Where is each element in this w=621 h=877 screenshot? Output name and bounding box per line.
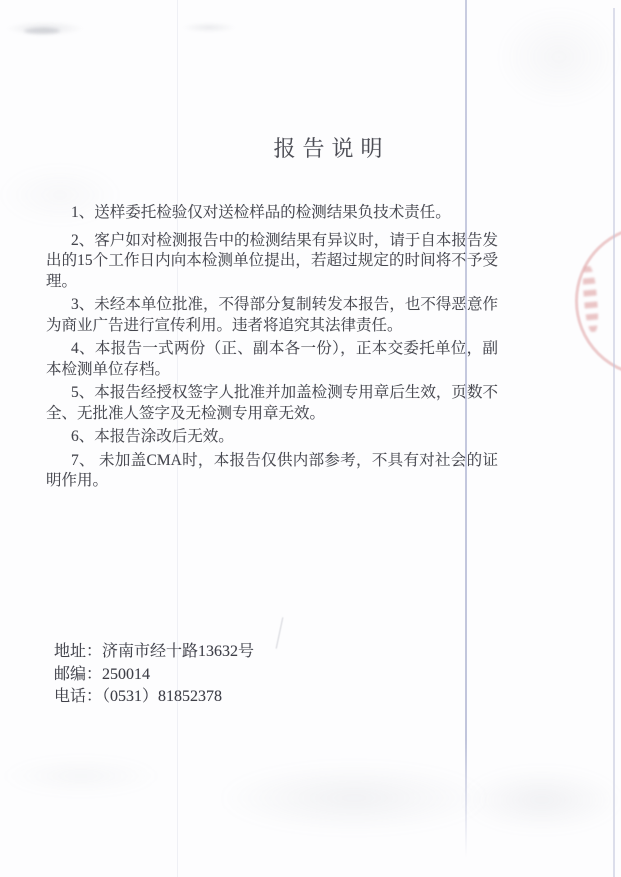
paper-edge-line [613, 8, 615, 877]
scanned-report-page: 报告说明 1、送样委托检验仅对送检样品的检测结果负技术责任。 2、客户如对检测报… [0, 0, 621, 877]
report-note-6: 6、本报告涂改后无效。 [46, 427, 498, 448]
report-note-2: 2、客户如对检测报告中的检测结果有异议时，请于自本报告发出的15个工作日内向本检… [46, 231, 498, 293]
address-value: 济南市经十路13632号 [102, 643, 254, 660]
postal-label: 邮编： [54, 666, 102, 683]
contact-postal: 邮编：250014 [54, 664, 254, 687]
address-label: 地址： [54, 643, 102, 660]
scan-shadow [6, 758, 156, 794]
postal-value: 250014 [102, 666, 150, 683]
scan-shadow [225, 765, 483, 831]
scan-shadow [498, 8, 620, 106]
report-notes: 1、送样委托检验仅对送检样品的检测结果负技术责任。 2、客户如对检测报告中的检测… [46, 203, 498, 495]
scan-fold-line [465, 0, 467, 858]
phone-value: （0531）81852378 [102, 688, 222, 705]
report-note-7: 7、 未加盖CMA时，本报告仅供内部参考，不具有对社会的证明作用。 [46, 451, 498, 492]
report-note-3: 3、未经本单位批准，不得部分复制转发本报告，也不得恶意作为商业广告进行宣传利用。… [46, 295, 498, 336]
contact-phone: 电话：（0531）81852378 [54, 686, 254, 709]
report-note-4: 4、本报告一式两份（正、副本各一份），正本交委托单位，副本检测单位存档。 [46, 339, 498, 380]
scan-shadow [0, 165, 120, 225]
phone-label: 电话： [54, 688, 102, 705]
scan-scratch-mark [276, 617, 284, 649]
contact-block: 地址：济南市经十路13632号 邮编：250014 电话：（0531）81852… [54, 641, 254, 709]
report-note-5: 5、本报告经授权签字人批准并加盖检测专用章后生效，页数不全、无批准人签字及无检测… [46, 383, 498, 424]
scan-faint-line [177, 0, 178, 877]
scan-smudge [24, 28, 60, 34]
scan-smudge [182, 22, 236, 33]
contact-address: 地址：济南市经十路13632号 [54, 641, 254, 664]
page-title: 报告说明 [0, 132, 621, 163]
scan-shadow [466, 770, 618, 830]
